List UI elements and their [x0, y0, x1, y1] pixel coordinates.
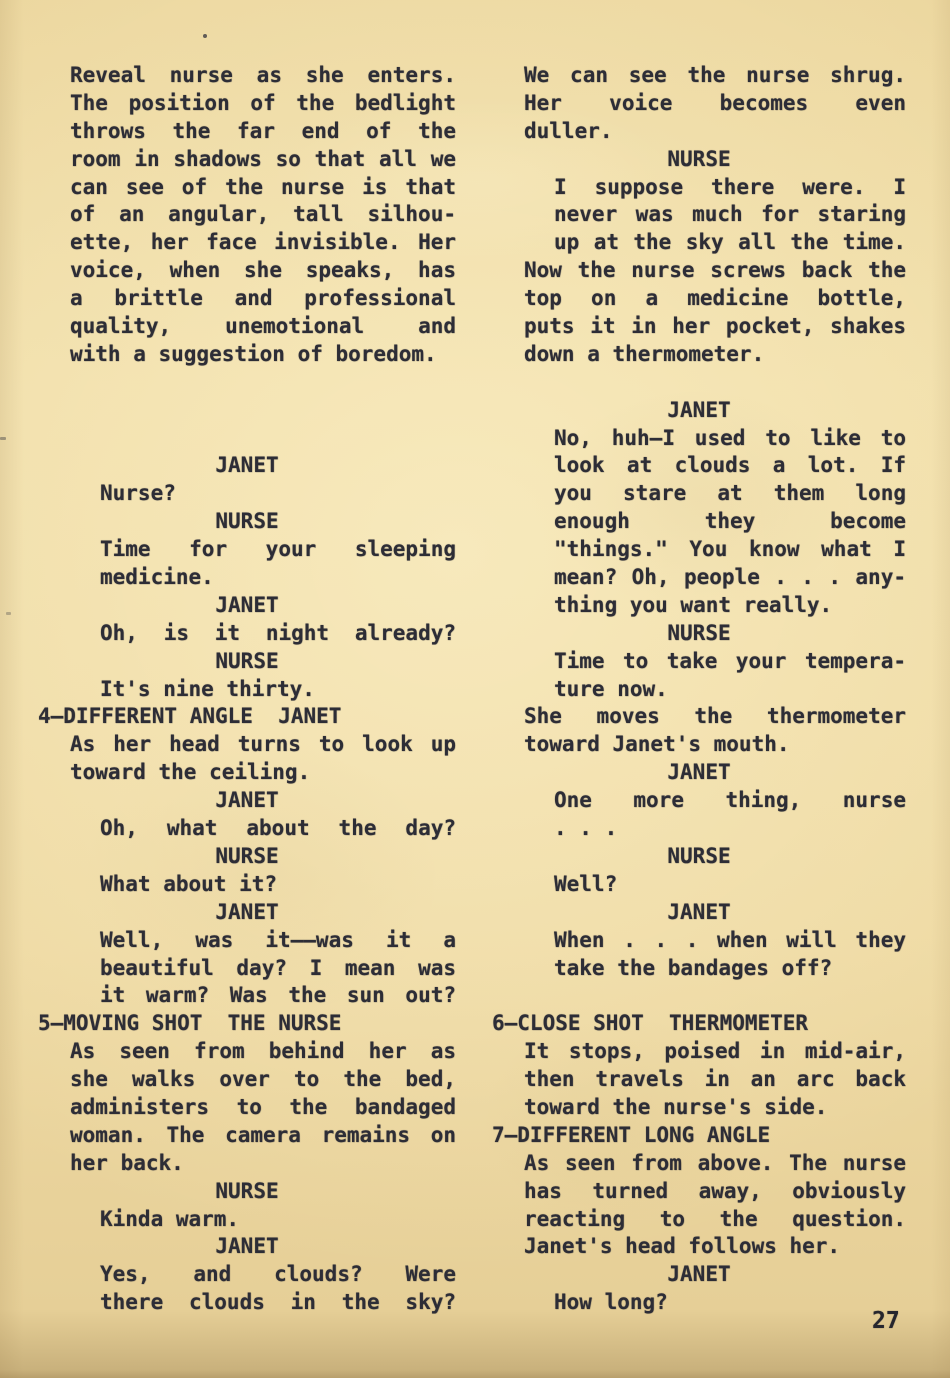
action-line: Now the nurse screws back the: [492, 257, 906, 285]
dialogue-line: Time to take your tempera-: [492, 648, 906, 676]
dialogue-line: Oh, what about the day?: [38, 815, 456, 843]
action-line: As seen from behind her as: [38, 1038, 456, 1066]
character-name: JANET: [492, 1261, 906, 1289]
character-name: JANET: [492, 899, 906, 927]
dialogue-line: It's nine thirty.: [38, 676, 456, 704]
action-line: her back.: [38, 1150, 456, 1178]
action-line: quality, unemotional and: [38, 313, 456, 341]
action-line: with a suggestion of boredom.: [38, 341, 456, 369]
dialogue-line: Oh, is it night already?: [38, 620, 456, 648]
dialogue-line: there clouds in the sky?: [38, 1289, 456, 1317]
dialogue-line: . . .: [492, 815, 906, 843]
dialogue-line: Time for your sleeping: [38, 536, 456, 564]
character-name: NURSE: [38, 508, 456, 536]
dialogue-line: When . . . when will they: [492, 927, 906, 955]
scene-heading: 5—MOVING SHOT THE NURSE: [38, 1010, 456, 1038]
dialogue-line: "things." You know what I: [492, 536, 906, 564]
character-name: JANET: [38, 1233, 456, 1261]
scene-heading: 6—CLOSE SHOT THERMOMETER: [492, 1010, 906, 1038]
action-line: Janet's head follows her.: [492, 1233, 906, 1261]
dialogue-line: Kinda warm.: [38, 1206, 456, 1234]
dialogue-line: never was much for staring: [492, 201, 906, 229]
action-line: top on a medicine bottle,: [492, 285, 906, 313]
action-line: room in shadows so that all we: [38, 146, 456, 174]
scene-heading: 4—DIFFERENT ANGLE JANET: [38, 703, 456, 731]
dialogue-line: How long?: [492, 1289, 906, 1317]
action-line: Reveal nurse as she enters.: [38, 62, 456, 90]
action-line: of an angular, tall silhou-: [38, 201, 456, 229]
dialogue-line: take the bandages off?: [492, 955, 906, 983]
action-line: voice, when she speaks, has: [38, 257, 456, 285]
script-page: Reveal nurse as she enters.The position …: [0, 0, 950, 1378]
action-line: The position of the bedlight: [38, 90, 456, 118]
action-line: duller.: [492, 118, 906, 146]
edge-mark: [6, 612, 11, 615]
character-name: NURSE: [492, 620, 906, 648]
action-line: As seen from above. The nurse: [492, 1150, 906, 1178]
dialogue-line: ture now.: [492, 676, 906, 704]
action-line: a brittle and professional: [38, 285, 456, 313]
action-line: She moves the thermometer: [492, 703, 906, 731]
blank-line: [492, 982, 906, 1010]
action-line: down a thermometer.: [492, 341, 906, 369]
dialogue-line: Well, was it——was it a: [38, 927, 456, 955]
scene-heading: 7—DIFFERENT LONG ANGLE: [492, 1122, 906, 1150]
dialogue-line: medicine.: [38, 564, 456, 592]
character-name: JANET: [38, 592, 456, 620]
action-line: then travels in an arc back: [492, 1066, 906, 1094]
character-name: JANET: [492, 397, 906, 425]
action-line: reacting to the question.: [492, 1206, 906, 1234]
dialogue-line: you stare at them long: [492, 480, 906, 508]
action-line: toward the nurse's side.: [492, 1094, 906, 1122]
action-line: administers to the bandaged: [38, 1094, 456, 1122]
dialogue-line: mean? Oh, people . . . any-: [492, 564, 906, 592]
dialogue-line: Yes, and clouds? Were: [38, 1261, 456, 1289]
dialogue-line: up at the sky all the time.: [492, 229, 906, 257]
action-line: ette, her face invisible. Her: [38, 229, 456, 257]
dialogue-line: I suppose there were. I: [492, 174, 906, 202]
character-name: NURSE: [38, 1178, 456, 1206]
edge-mark: [0, 437, 6, 440]
action-line: throws the far end of the: [38, 118, 456, 146]
dialogue-line: What about it?: [38, 871, 456, 899]
action-line: As her head turns to look up: [38, 731, 456, 759]
character-name: NURSE: [492, 843, 906, 871]
action-line: toward Janet's mouth.: [492, 731, 906, 759]
character-name: NURSE: [38, 648, 456, 676]
action-line: Her voice becomes even: [492, 90, 906, 118]
dialogue-line: Nurse?: [38, 480, 456, 508]
action-line: she walks over to the bed,: [38, 1066, 456, 1094]
action-line: can see of the nurse is that: [38, 174, 456, 202]
left-column: Reveal nurse as she enters.The position …: [38, 62, 456, 1317]
dialogue-line: look at clouds a lot. If: [492, 452, 906, 480]
ink-speck: [203, 34, 207, 38]
action-line: has turned away, obviously: [492, 1178, 906, 1206]
dialogue-line: beautiful day? I mean was: [38, 955, 456, 983]
dialogue-line: enough they become: [492, 508, 906, 536]
character-name: JANET: [492, 759, 906, 787]
right-column: We can see the nurse shrug.Her voice bec…: [492, 62, 906, 1317]
character-name: JANET: [38, 899, 456, 927]
action-line: woman. The camera remains on: [38, 1122, 456, 1150]
dialogue-line: it warm? Was the sun out?: [38, 982, 456, 1010]
dialogue-line: thing you want really.: [492, 592, 906, 620]
character-name: NURSE: [38, 843, 456, 871]
blank-line: [38, 369, 456, 397]
blank-line: [38, 425, 456, 453]
character-name: JANET: [38, 452, 456, 480]
blank-line: [38, 397, 456, 425]
action-line: We can see the nurse shrug.: [492, 62, 906, 90]
action-line: puts it in her pocket, shakes: [492, 313, 906, 341]
dialogue-line: Well?: [492, 871, 906, 899]
blank-line: [492, 369, 906, 397]
dialogue-line: One more thing, nurse: [492, 787, 906, 815]
page-number: 27: [872, 1308, 900, 1334]
character-name: NURSE: [492, 146, 906, 174]
character-name: JANET: [38, 787, 456, 815]
dialogue-line: No, huh—I used to like to: [492, 425, 906, 453]
action-line: It stops, poised in mid-air,: [492, 1038, 906, 1066]
action-line: toward the ceiling.: [38, 759, 456, 787]
